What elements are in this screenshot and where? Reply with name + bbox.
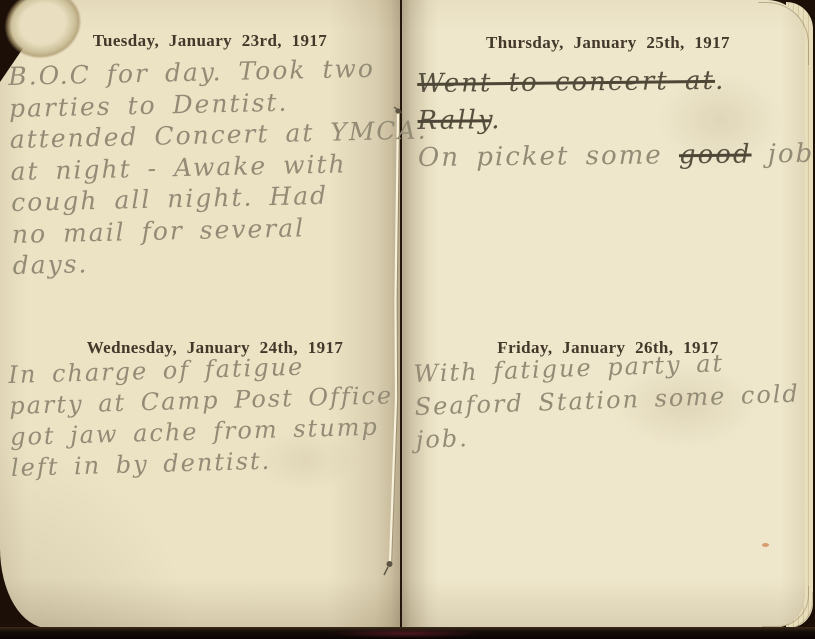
struck-text: Rally [417,105,491,136]
handwriting-line: Went to concert at. [417,62,809,103]
handwriting-text: no mail for several [12,213,306,249]
cover-bottom-edge [0,627,815,639]
handwriting-text: On picket some [418,140,679,173]
spine-discoloration [330,629,480,638]
handwriting-text: . [491,105,502,135]
handwriting-text: job. [415,424,469,454]
handwriting-text: parties to Dentist. [9,87,289,122]
rust-speck [762,543,769,547]
printed-date-header-jan23: Tuesday, January 23rd, 1917 [15,31,405,51]
handwritten-entry-jan25: Went to concert at.Rally.On picket some … [417,62,810,177]
handwritten-entry-jan26: With fatigue party atSeaford Station som… [413,344,808,457]
handwriting-text: cough all night. Had [11,181,328,217]
handwriting-text: job. [751,139,815,170]
handwriting-line: On picket some good job. [418,136,810,177]
struck-text: Went to concert at [417,66,715,99]
diary-scan-photo: Tuesday, January 23rd, 1917 Thursday, Ja… [0,0,815,639]
handwriting-text: left in by dentist. [11,447,272,482]
page-corner-crease [770,592,813,629]
handwritten-entry-jan24: In charge of fatigueparty at Camp Post O… [8,349,403,484]
handwriting-text: . [715,66,726,96]
struck-text: good [679,140,752,171]
handwritten-entry-jan23: B.O.C for day. Took twoparties to Dentis… [8,52,401,281]
handwriting-text: B.O.C for day. Took two [8,54,375,91]
printed-date-header-jan25: Thursday, January 25th, 1917 [408,33,808,53]
handwriting-text: days. [12,249,88,280]
handwriting-line: Rally. [417,99,809,140]
